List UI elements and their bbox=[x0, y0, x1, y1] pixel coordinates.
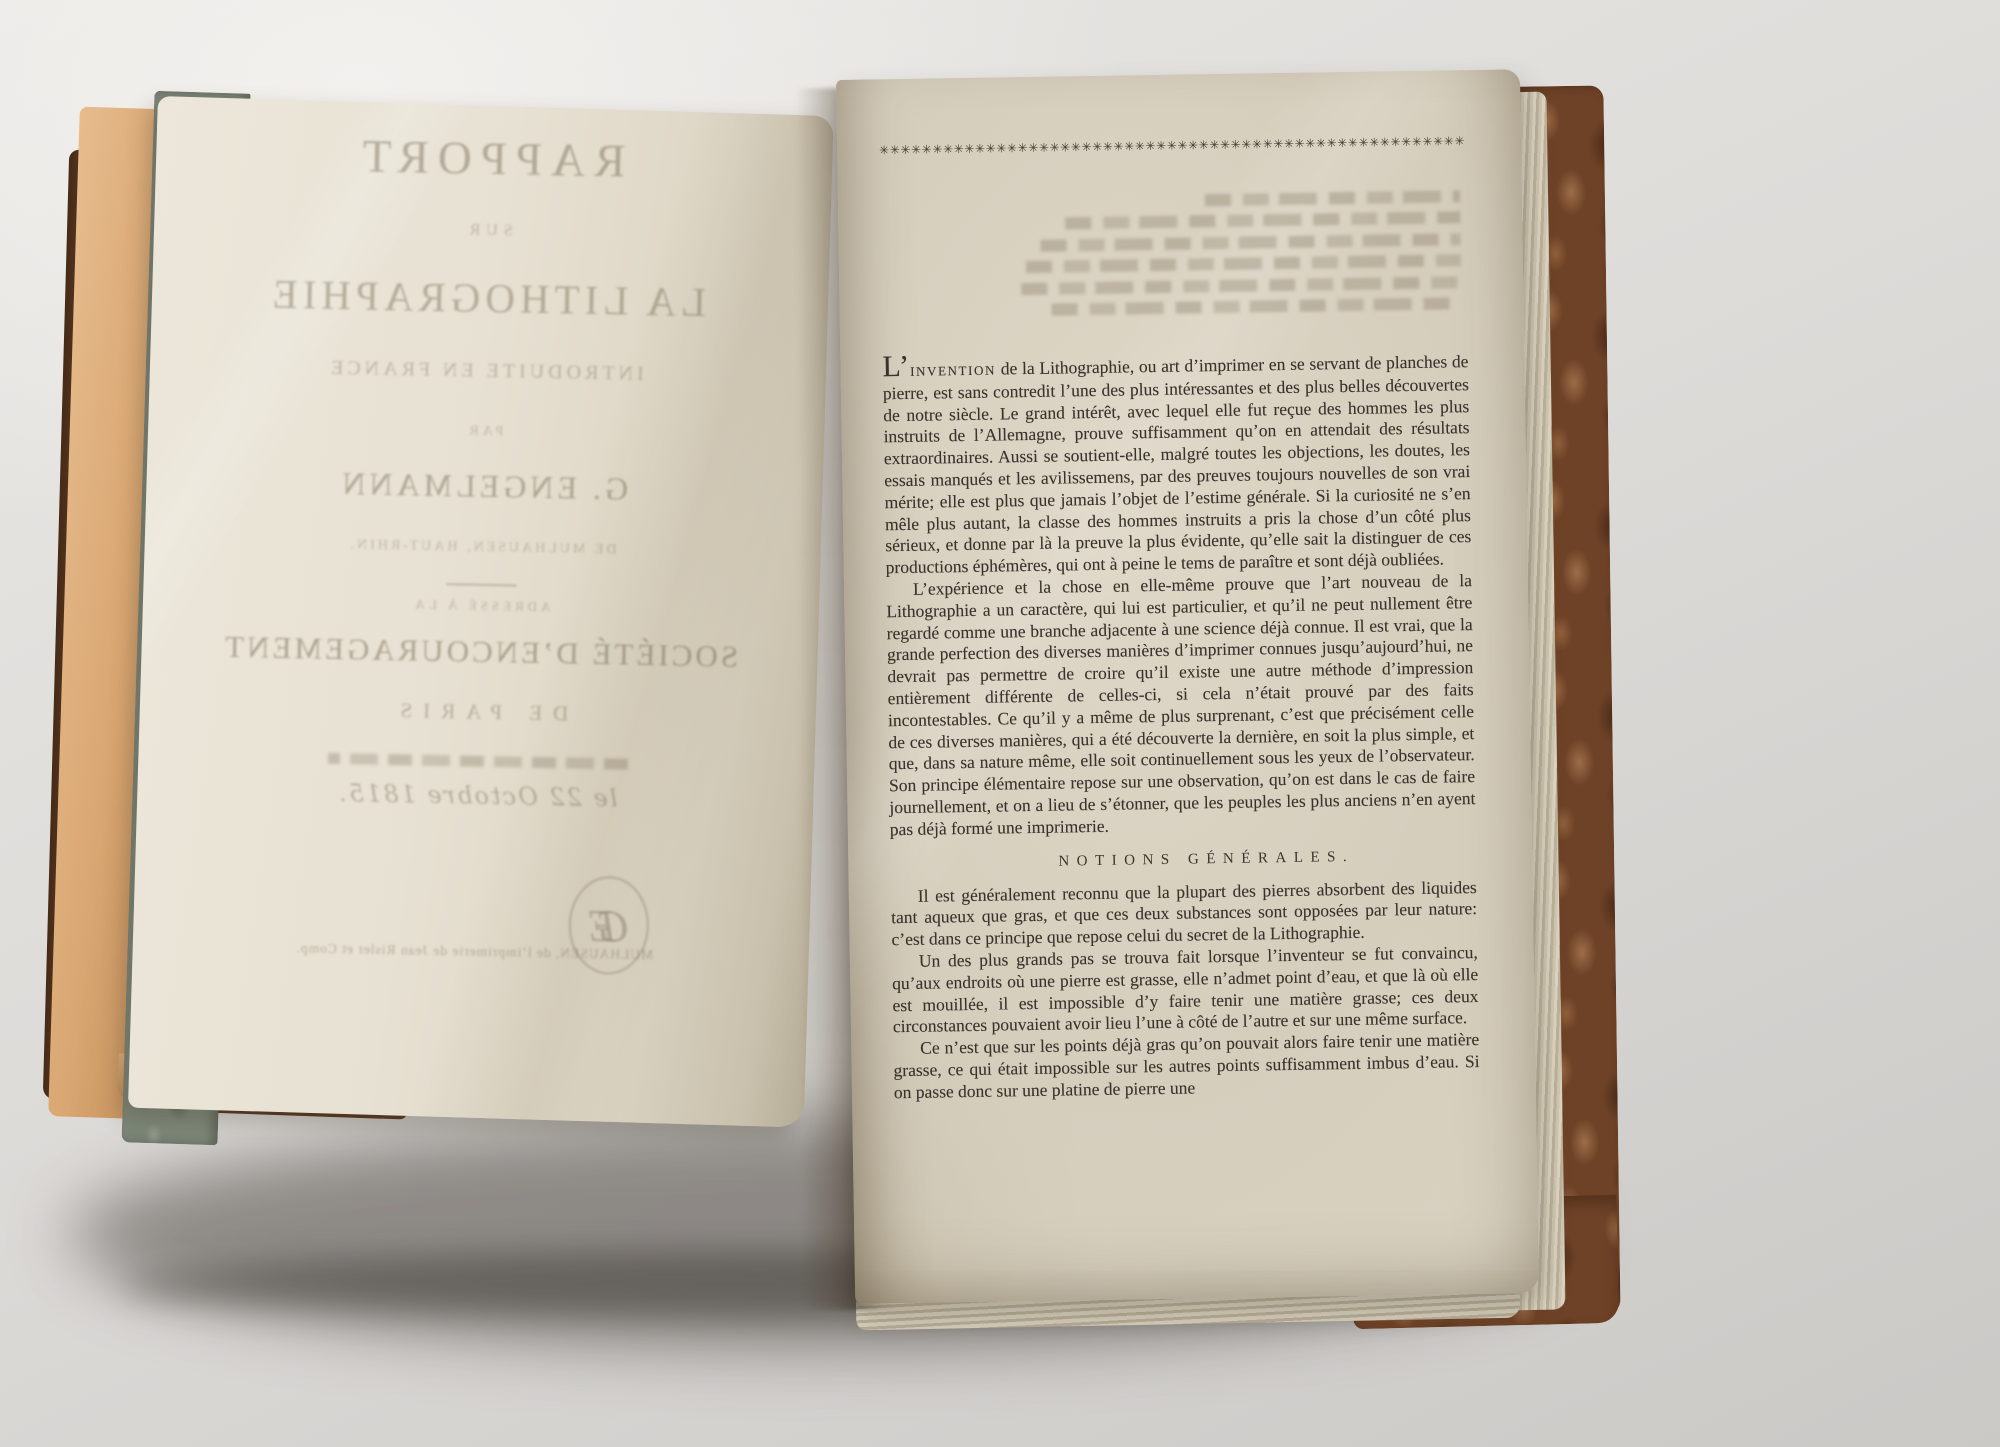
right-page: ✳✳✳✳✳✳✳✳✳✳✳✳✳✳✳✳✳✳✳✳✳✳✳✳✳✳✳✳✳✳✳✳✳✳✳✳✳✳✳✳… bbox=[836, 69, 1539, 1304]
ghost-imprint-line: MULHAUSEN, de l’imprimerie de Jean Risle… bbox=[136, 937, 812, 966]
left-page: RAPPORT SUR LA LITHOGRAPHIE INTRODUITE E… bbox=[128, 96, 834, 1128]
ghost-title-de-paris: DE PARIS bbox=[141, 693, 817, 731]
paragraph-text: de la Lithographie, ou art d’imprimer en… bbox=[883, 351, 1472, 577]
ghost-title-adresse: ADRESSÉ À LA bbox=[143, 591, 819, 620]
ghost-title-author: G. ENGELMANN bbox=[145, 461, 822, 511]
body-paragraph-1: L’invention de la Lithographie, ou art d… bbox=[882, 348, 1471, 579]
show-through-blob-line bbox=[1021, 276, 1461, 295]
body-paragraph-3: Il est généralement reconnu que la plupa… bbox=[891, 877, 1478, 952]
photo-of-open-book: RAPPORT SUR LA LITHOGRAPHIE INTRODUITE E… bbox=[0, 0, 2000, 1447]
show-through-blob-line bbox=[1065, 211, 1460, 229]
ghost-title-societe: SOCIÉTÉ D’ENCOURAGEMENT bbox=[142, 627, 819, 676]
ghost-title-mulhausen: DE MULHAUSEN, HAUT-RHIN. bbox=[144, 533, 820, 562]
section-heading: NOTIONS GÉNÉRALES. bbox=[890, 847, 1476, 873]
body-paragraph-5: Ce n’est que sur les points déjà gras qu… bbox=[893, 1029, 1480, 1104]
show-through-title-page: RAPPORT SUR LA LITHOGRAPHIE INTRODUITE E… bbox=[133, 99, 828, 1124]
text-column: ✳✳✳✳✳✳✳✳✳✳✳✳✳✳✳✳✳✳✳✳✳✳✳✳✳✳✳✳✳✳✳✳✳✳✳✳✳✳✳✳… bbox=[879, 134, 1480, 1104]
ghost-title-par: PAR bbox=[146, 417, 822, 446]
body-paragraph-4: Un des plus grands pas se trouva fait lo… bbox=[892, 942, 1479, 1038]
ghost-title-lithographie: LA LITHOGRAPHIE bbox=[148, 267, 825, 328]
show-through-blob-line bbox=[1041, 233, 1461, 252]
ghost-title-introduite: INTRODUITE EN FRANCE bbox=[147, 353, 823, 389]
show-through-blob-line bbox=[1052, 297, 1462, 315]
monogram-letter: E bbox=[588, 898, 617, 952]
publisher-monogram: GE bbox=[568, 876, 650, 976]
show-through-blob-line bbox=[1205, 190, 1460, 206]
ghost-title-sur: SUR bbox=[150, 215, 826, 246]
ghost-illegible-line bbox=[328, 753, 628, 770]
monogram-letter: G bbox=[596, 899, 630, 953]
ghost-date-script: le 22 Octobre 1815. bbox=[139, 775, 815, 816]
asterisk-rule: ✳✳✳✳✳✳✳✳✳✳✳✳✳✳✳✳✳✳✳✳✳✳✳✳✳✳✳✳✳✳✳✳✳✳✳✳✳✳✳✳… bbox=[879, 134, 1465, 157]
ghost-title-rapport: RAPPORT bbox=[151, 125, 828, 192]
lead-initial: L’ bbox=[882, 350, 910, 383]
lead-small-caps: invention bbox=[910, 360, 996, 381]
show-through-text bbox=[879, 156, 1468, 357]
show-through-blob-line bbox=[1026, 254, 1461, 273]
ghost-title-rule bbox=[446, 583, 516, 586]
body-paragraph-2: L’expérience et la chose en elle-même pr… bbox=[886, 570, 1476, 841]
